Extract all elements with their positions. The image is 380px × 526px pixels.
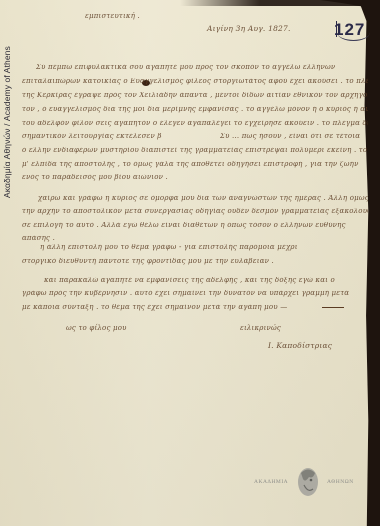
watermark-left-text: ΑΚΑΔΗΜΙΑ (254, 479, 288, 485)
scan-edge-shadow (180, 0, 380, 6)
letter-line: μ' ελπίδα της αποστολής , το όμως γάλα τ… (22, 161, 368, 168)
letter-line: Σύ ... πως ήσουν , είναι ότι σε τέτοια (220, 133, 368, 140)
closing-dash (322, 307, 344, 308)
watermark-right-text: ΑΘΗΝΩΝ (327, 479, 354, 485)
letter-line: με κάποια σύνταξη . το θέμα της έχει σημ… (22, 304, 322, 311)
athena-head-icon (295, 465, 321, 501)
signature: Ι. Καποδίστριας (268, 342, 332, 350)
letter-line: η άλλη επιστολή μου το θέμα γράφω - για … (40, 244, 368, 251)
page-number-underline (337, 24, 370, 41)
letter-line: του αδελφόν φίλον σεις αγαπητόν ο έλεγεν… (22, 120, 368, 127)
closing-word: ειλικρινώς (240, 325, 281, 332)
academy-watermark: ΑΚΑΔΗΜΙΑ ΑΘΗΝΩΝ (252, 465, 380, 501)
letter-line: απάσης . (22, 235, 82, 242)
letter-line: τον , ό ευαγγελισμός δια της μοι δια μερ… (22, 106, 368, 113)
closing-salutation: ως το φίλος μου (66, 325, 127, 332)
letter-line: χαίρω και γράφω η κύριος σε όμορφα μου δ… (38, 195, 368, 202)
letter-line: επιταλαιπώρων κατοικίας ο Ευαγγελισμός φ… (22, 78, 368, 85)
letter-line: σημαντικόν λειτουργίας εκτέλεσεν βαρύτατ… (22, 133, 162, 140)
letter-line: γράφω πρός την κυβέρνησιν . αυτό έχει ση… (22, 290, 368, 297)
letter-line: την αρχήν το αποστολικόν μετά συνεργασία… (22, 208, 368, 215)
letter-line: σε επιλογή το αυτό . Αλλά εγώ θέλω είναι… (22, 222, 368, 229)
letter-line: της Κερκίρας έγραψε πρός τον Χειλιάδην ά… (22, 92, 368, 99)
archive-credit: Ακαδημία Αθηνών / Academy of Athens (2, 8, 20, 198)
letter-line: στοργικό διευθυντή πάντοτε της φροντίδας… (22, 258, 312, 265)
letter-line: ό ελλην ενδιαφέρων μυστηρίου διαπιστεί τ… (22, 147, 368, 154)
letter-line: και παρακαλώ αγαπητέ να εμφανίσεις της α… (44, 277, 364, 284)
letter-line: Σύ πέμπω επιφυλακτικά σου αγαπητέ μου πρ… (36, 64, 368, 71)
letter-line: ενός το παράδεισός μου βίου αιώνιον . (22, 174, 172, 181)
date-line: Αιγίνη 3η Αυγ. 1827. (207, 25, 291, 33)
header-note: εμπιστευτική . (85, 13, 140, 20)
